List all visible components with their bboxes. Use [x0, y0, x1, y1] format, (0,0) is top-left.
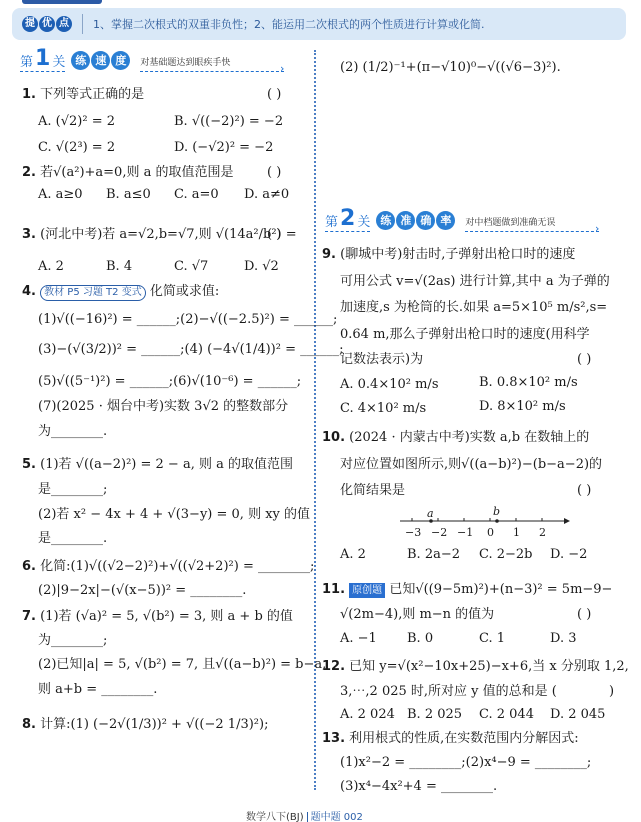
option-c: C. 1 [479, 629, 505, 649]
q9-line: 可用公式 v=√(2as) 进行计算,其中 a 为子弹的 [340, 272, 610, 292]
q13-line: (3)x⁴−4x²+4 = ________. [340, 777, 497, 797]
option-c: C. √(2³) = 2 [38, 138, 115, 158]
textbook-tag: 教材 P5 习题 T2 变式 [40, 285, 146, 301]
tip-text: 1、掌握二次根式的双重非负性；2、能运用二次根式的两个性质进行计算或化简. [93, 16, 485, 32]
option-b: B. 2a−2 [407, 545, 460, 565]
original-question-tag: 原创题 [349, 583, 385, 598]
question-4: 4. 教材 P5 习题 T2 变式 化简或求值: [22, 282, 219, 302]
question-12: 12. 已知 y=√(x²−10x+25)−x+6,当 x 分别取 1,2, [322, 657, 629, 677]
answer-paren: ) [609, 682, 614, 702]
q4-line: (3)−(√(3/2))² = ______;(4) (−4√(1/4))² =… [38, 340, 344, 360]
option-a: A. −1 [340, 629, 377, 649]
footer-book-title: 数学八下(BJ) [246, 812, 304, 822]
option-a: A. (√2)² = 2 [38, 112, 115, 132]
option-c: C. a=0 [174, 185, 219, 205]
section2-desc: 对中档题做到准确无误 [465, 215, 599, 232]
q8-part2: (2) (1/2)⁻¹+(π−√10)⁰−√((√6−3)²). [340, 60, 561, 75]
section1-desc: 对基础题达到眼疾手快 [140, 55, 284, 72]
question-1: 1. 下列等式正确的是 [22, 85, 144, 105]
option-b: B. 2 025 [407, 705, 462, 725]
question-5: 5. (1)若 √((a−2)²) = 2 − a, 则 a 的取值范围 [22, 455, 293, 475]
option-b: B. a≤0 [106, 185, 151, 205]
option-d: D. −2 [550, 545, 587, 565]
footer-page-number: 题中题 002 [311, 812, 363, 822]
option-a: A. 2 024 [340, 705, 395, 725]
section2-level: 第2关 [325, 208, 370, 232]
option-d: D. 3 [550, 629, 577, 649]
option-b: B. 0 [407, 629, 433, 649]
question-7: 7. (1)若 (√a)² = 5, √(b²) = 3, 则 a + b 的值 [22, 607, 293, 627]
tick-label: −2 [431, 523, 447, 543]
tip-badge-char: 优 [39, 16, 55, 32]
q4-line: 为________. [38, 422, 107, 442]
q6-line: (2)|9−2x|−(√(x−5))² = ________. [38, 581, 246, 601]
option-d: D. a≠0 [244, 185, 289, 205]
section1-header: 第1关 练速度 对基础题达到眼疾手快 [20, 48, 284, 72]
q5-line: 是________; [38, 480, 107, 500]
question-2: 2. 若√(a²)+a=0,则 a 的取值范围是 [22, 163, 233, 183]
q7-line: 则 a+b = ________. [38, 680, 157, 700]
option-d: D. √2 [244, 257, 279, 277]
option-b: B. √((−2)²) = −2 [174, 112, 283, 132]
q10-line: 化简结果是 [340, 481, 405, 501]
answer-paren: ( ) [577, 481, 591, 501]
section2-header: 第2关 练准确率 对中档题做到准确无误 [325, 208, 599, 232]
tick-label: 0 [487, 523, 494, 543]
q9-line: 加速度,s 为枪筒的长.如果 a=5×10⁵ m/s²,s= [340, 298, 607, 318]
tip-banner: 提 优 点 1、掌握二次根式的双重非负性；2、能运用二次根式的两个性质进行计算或… [12, 8, 626, 40]
q7-line: 为________; [38, 631, 107, 651]
option-a: A. a≥0 [38, 185, 83, 205]
option-c: C. 4×10² m/s [340, 399, 426, 419]
option-b: B. 4 [106, 257, 132, 277]
q4-line: (1)√((−16)²) = ______;(2)−√((−2.5)²) = _… [38, 310, 337, 330]
q7-line: (2)已知|a| = 5, √(b²) = 7, 且√((a−b)²) = b−… [38, 655, 326, 675]
option-c: C. 2−2b [479, 545, 533, 565]
column-divider [314, 50, 316, 790]
tick-label: 1 [513, 523, 520, 543]
q4-line: (5)√((5⁻¹)²) = ______;(6)√(10⁻⁶) = _____… [38, 372, 301, 392]
tick-label: 2 [539, 523, 546, 543]
question-10: 10. (2024 · 内蒙古中考)实数 a,b 在数轴上的 [322, 428, 589, 448]
section1-level: 第1关 [20, 48, 65, 72]
answer-paren: ( ) [577, 605, 591, 625]
tip-badge: 提 优 点 [22, 16, 72, 32]
tick-label: −3 [405, 523, 421, 543]
point-b-label: b [493, 502, 500, 522]
question-3: 3. (河北中考)若 a=√2,b=√7,则 √(14a²/b²) = [22, 225, 297, 245]
option-a: A. 2 [340, 545, 366, 565]
tip-badge-char: 提 [22, 16, 38, 32]
option-a: A. 0.4×10² m/s [340, 375, 438, 395]
answer-paren: ( ) [267, 163, 281, 183]
q12-line: 3,⋯,2 025 时,所对应 y 值的总和是 ( [340, 682, 557, 702]
tip-badge-char: 点 [56, 16, 72, 32]
page-footer: 数学八下(BJ)题中题 002 [246, 808, 363, 822]
question-8: 8. 计算:(1) (−2√(1/3))² + √((−2 1/3)²); [22, 715, 268, 735]
option-d: D. 2 045 [550, 705, 605, 725]
option-b: B. 0.8×10² m/s [479, 373, 578, 393]
tip-divider [82, 14, 83, 34]
option-d: D. 8×10² m/s [479, 397, 566, 417]
q11-line: √(2m−4),则 m−n 的值为 [340, 605, 494, 625]
q10-line: 对应位置如图所示,则√((a−b)²)−(b−a−2)的 [340, 455, 602, 475]
answer-paren: ( ) [267, 225, 281, 245]
tick-label: −1 [457, 523, 473, 543]
number-line: a b −3 −2 −1 0 1 2 [400, 510, 570, 542]
question-9: 9. (聊城中考)射击时,子弹射出枪口时的速度 [322, 245, 575, 265]
option-c: C. √7 [174, 257, 208, 277]
point-a-label: a [427, 504, 434, 524]
q9-line: 0.64 m,那么子弹射出枪口时的速度(用科学 [340, 325, 590, 345]
question-6: 6. 化简:(1)√((√2−2)²)+√((√2+2)²) = _______… [22, 557, 314, 577]
option-a: A. 2 [38, 257, 64, 277]
question-11: 11. 原创题 已知√((9−5m)²)+(n−3)² = 5m−9− [322, 580, 612, 600]
q5-line: (2)若 x² − 4x + 4 + √(3−y) = 0, 则 xy 的值 [38, 505, 310, 525]
q9-line: 记数法表示)为 [340, 350, 423, 370]
answer-paren: ( ) [267, 85, 281, 105]
option-c: C. 2 044 [479, 705, 534, 725]
section1-title: 练速度 [71, 51, 130, 70]
q13-line: (1)x²−2 = ________;(2)x⁴−9 = ________; [340, 753, 591, 773]
q4-line: (7)(2025 · 烟台中考)实数 3√2 的整数部分 [38, 397, 288, 417]
option-d: D. (−√2)² = −2 [174, 138, 273, 158]
top-tab-marker [22, 0, 102, 4]
question-13: 13. 利用根式的性质,在实数范围内分解因式: [322, 729, 579, 749]
answer-paren: ( ) [577, 350, 591, 370]
q5-line: 是________. [38, 529, 107, 549]
section2-title: 练准确率 [376, 211, 455, 230]
